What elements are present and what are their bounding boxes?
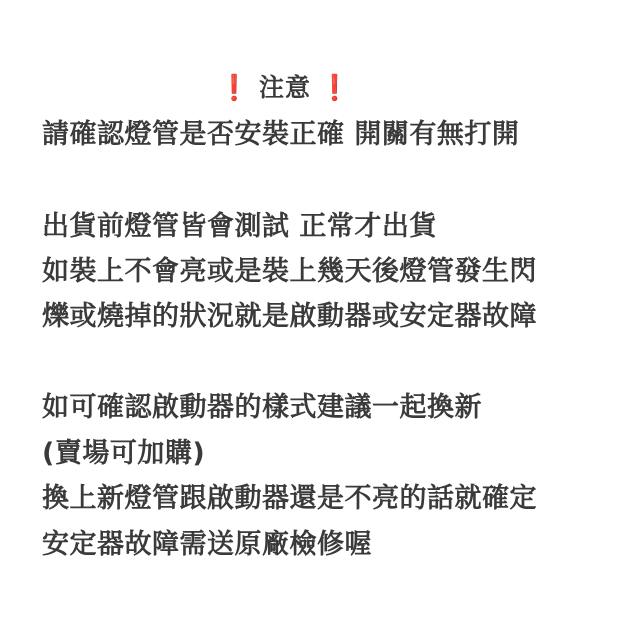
notice-line: 如可確認啟動器的樣式建議一起換新 <box>42 390 482 426</box>
notice-line: 安定器故障需送原廠檢修喔 <box>42 527 372 563</box>
notice-line: 出貨前燈管皆會測試 正常才出貨 <box>42 209 437 245</box>
notice-line: (賣場可加購) <box>42 436 205 472</box>
notice-line: 換上新燈管跟啟動器還是不亮的話就確定 <box>42 481 537 517</box>
notice-title: 注意 <box>259 73 311 102</box>
exclamation-icon: ❗ <box>319 70 351 106</box>
notice-page: ❗注意❗ 請確認燈管是否安裝正確 開關有無打開 出貨前燈管皆會測試 正常才出貨 … <box>0 0 640 640</box>
exclamation-icon: ❗ <box>219 70 251 106</box>
notice-line: 如裝上不會亮或是裝上幾天後燈管發生閃 <box>42 254 537 290</box>
notice-line: 請確認燈管是否安裝正確 開關有無打開 <box>42 117 519 153</box>
notice-heading: ❗注意❗ <box>0 70 570 106</box>
notice-line: 爍或燒掉的狀況就是啟動器或安定器故障 <box>42 299 537 335</box>
